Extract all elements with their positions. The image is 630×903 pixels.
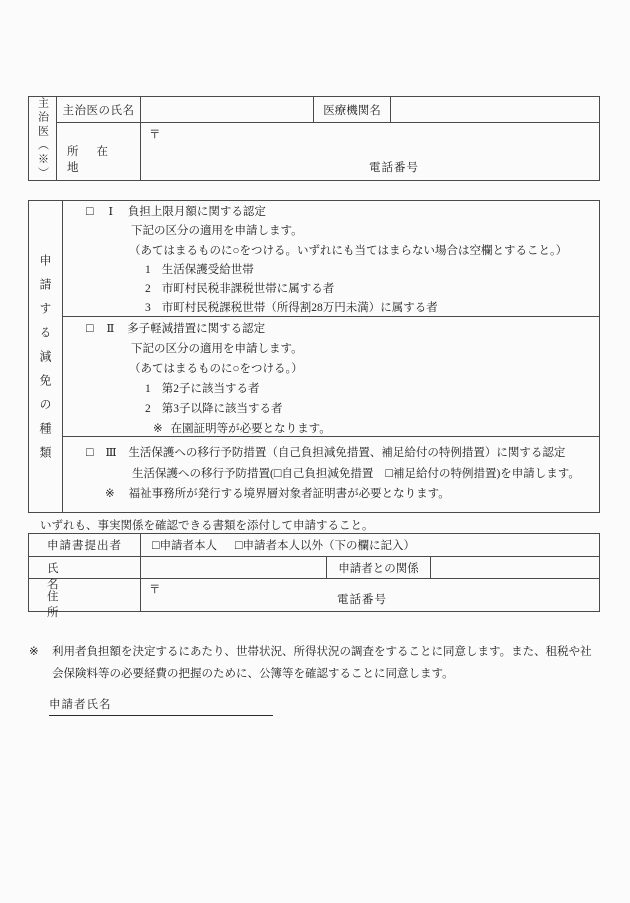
section-3-title: 生活保護への移行予防措置（自己負担減免措置、補足給付の特例措置）に関する認定: [128, 447, 565, 459]
reference-mark: ※: [29, 641, 39, 663]
doctor-address-label: 所在地: [57, 123, 141, 180]
section-3-checkbox[interactable]: □: [86, 445, 94, 459]
supplement-checkbox[interactable]: □: [385, 466, 393, 480]
section-1-line1: 下記の区分の適用を申請します。: [63, 222, 599, 241]
section-1: □ Ⅰ 負担上限月額に関する認定 下記の区分の適用を申請します。 （あてはまるも…: [63, 201, 599, 317]
attach-note: いずれも、事実関係を確認できる書類を添付して申請すること。: [40, 517, 374, 533]
section-3-apply-line: 生活保護への移行予防措置(□自己負担減免措置□補足給付の特例措置)を申請します。: [63, 463, 599, 484]
section-1-item-3[interactable]: 3市町村民税課税世帯（所得割28万円未満）に属する者: [63, 299, 599, 318]
consent-paragraph: ※ 利用者負担額を決定するにあたり、世帯状況、所得状況の調査をすることに同意しま…: [28, 641, 600, 685]
doctor-phone-label: 電話番号: [369, 159, 419, 175]
relation-label: 申請者との関係: [327, 557, 431, 578]
submitter-other-checkbox[interactable]: □: [235, 538, 243, 552]
submitter-other-option[interactable]: □申請者本人以外（下の欄に記入）: [235, 540, 415, 552]
section-2-numeral: Ⅱ: [106, 319, 114, 339]
postal-mark: 〒: [149, 581, 161, 597]
submitter-address-label: 住所: [29, 579, 141, 611]
section-2-title: 多子軽減措置に関する認定: [127, 323, 265, 335]
submitter-name-label: 氏名: [29, 557, 141, 578]
doctor-name-field[interactable]: [141, 97, 314, 122]
section-2-line1: 下記の区分の適用を申請します。: [63, 339, 599, 359]
section-3-note: ※福祉事務所が発行する境界層対象者証明書が必要となります。: [63, 484, 599, 504]
section-1-item-2[interactable]: 2市町村民税非課税世帯に属する者: [63, 280, 599, 299]
institution-name-field[interactable]: [391, 97, 599, 122]
section-2-item-1[interactable]: 1第2子に該当する者: [63, 379, 599, 399]
doctor-name-label: 主治医の氏名: [57, 97, 141, 122]
submitter-address-field[interactable]: 〒 電話番号: [141, 579, 599, 611]
doctor-table-side-label: 主治医（※）: [29, 97, 57, 180]
exemption-side-label: 申請する減免の種類: [29, 201, 63, 512]
submitter-name-field[interactable]: [141, 557, 327, 578]
applicant-name-label: 申請者氏名: [49, 699, 112, 711]
section-2-item-2[interactable]: 2第3子以降に該当する者: [63, 399, 599, 419]
institution-name-label: 医療機関名: [314, 97, 391, 122]
section-1-numeral: Ⅰ: [108, 203, 113, 222]
submitter-self-checkbox[interactable]: □: [152, 538, 160, 552]
submitter-row-label: 申請書提出者: [29, 534, 141, 556]
doctor-address-field[interactable]: 〒 電話番号: [141, 123, 599, 180]
exemption-table: 申請する減免の種類 □ Ⅰ 負担上限月額に関する認定 下記の区分の適用を申請しま…: [28, 200, 600, 513]
consent-text: 利用者負担額を決定するにあたり、世帯状況、所得状況の調査をすることに同意します。…: [52, 646, 592, 680]
section-2-checkbox[interactable]: □: [86, 321, 94, 335]
section-1-line2: （あてはまるものに○をつける。いずれにも当てはまらない場合は空欄とすること。）: [63, 242, 599, 261]
reference-mark: ※: [153, 423, 163, 435]
section-2: □ Ⅱ 多子軽減措置に関する認定 下記の区分の適用を申請します。 （あてはまるも…: [63, 317, 599, 437]
reference-mark: ※: [105, 488, 115, 500]
section-2-note: ※在園証明等が必要となります。: [63, 419, 599, 439]
section-1-item-1[interactable]: 1生活保護受給世帯: [63, 261, 599, 280]
applicant-signature[interactable]: 申請者氏名: [49, 696, 273, 716]
submitter-table: 申請書提出者 □申請者本人 □申請者本人以外（下の欄に記入） 氏名 申請者との関…: [28, 533, 600, 612]
relation-field[interactable]: [431, 557, 599, 578]
doctor-table: 主治医（※） 主治医の氏名 医療機関名 所在地 〒 電話番号: [28, 96, 600, 181]
section-1-title: 負担上限月額に関する認定: [128, 206, 266, 218]
section-3-numeral: Ⅲ: [105, 443, 116, 463]
section-3: □ Ⅲ 生活保護への移行予防措置（自己負担減免措置、補足給付の特例措置）に関する…: [63, 437, 599, 514]
section-1-checkbox[interactable]: □: [86, 204, 94, 218]
submitter-phone-label: 電話番号: [337, 591, 387, 607]
postal-mark: 〒: [149, 126, 161, 142]
submitter-self-option[interactable]: □申請者本人: [152, 540, 220, 552]
section-2-line2: （あてはまるものに○をつける。）: [63, 359, 599, 379]
